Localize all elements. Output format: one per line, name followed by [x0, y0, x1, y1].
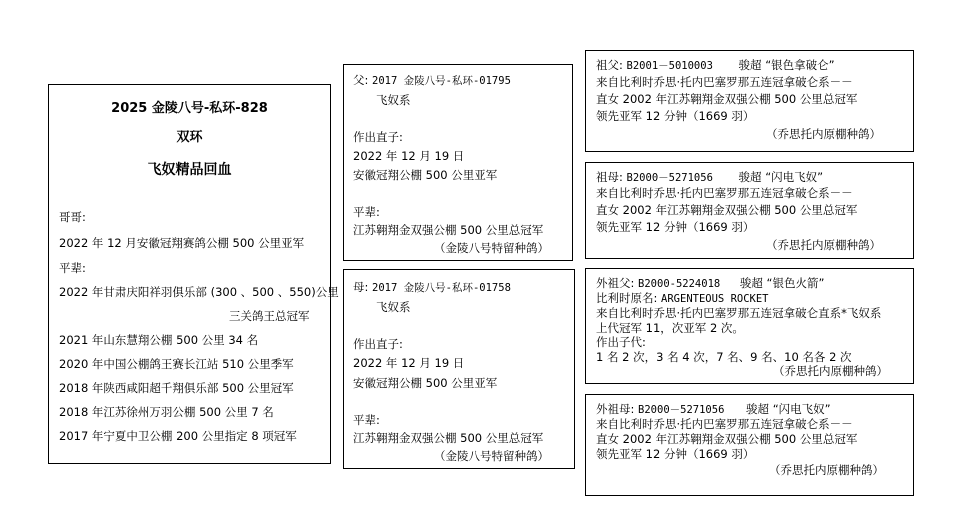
pgm-note: （乔思托内原棚种鸽） [766, 238, 881, 252]
mother-offspring-date: 2022 年 12 月 19 日 [353, 356, 464, 370]
sibling-achievement: 2021 年山东慧翔公棚 500 公里 34 名 [59, 333, 258, 347]
maternal-grandmother-card: 外祖母: B2000－5271056 骏超 “闪电飞奴” 来自比利时乔思·托内巴… [585, 394, 914, 496]
mother-strain: 飞奴系 [376, 300, 411, 314]
father-label: 父: [353, 73, 368, 87]
mgm-header: 外祖母: B2000－5271056 骏超 “闪电飞奴” [596, 402, 831, 417]
pgm-header: 祖母: B2000－5271056 骏超 “闪电飞奴” [596, 170, 823, 185]
pgm-label: 祖母: [596, 170, 623, 184]
father-siblings-result: 江苏翱翔金双强公棚 500 公里总冠军 [353, 223, 543, 237]
mother-siblings-result: 江苏翱翔金双强公棚 500 公里总冠军 [353, 431, 543, 445]
father-header: 父: 2017 金陵八号-私环-01795 [353, 73, 511, 88]
mgf-offspring-label: 作出子代: [596, 335, 646, 349]
father-siblings-label: 平辈: [353, 205, 380, 219]
mgf-ring: B2000-5224018 [638, 278, 720, 290]
father-strain: 飞奴系 [376, 93, 411, 107]
mgm-note: （乔思托内原棚种鸽） [769, 463, 884, 477]
mgf-name: 骏超 “银色火箭” [740, 276, 825, 290]
father-offspring-date: 2022 年 12 月 19 日 [353, 149, 464, 163]
main-title: 2025 金陵八号-私环-828 [49, 102, 330, 116]
mgm-label: 外祖母: [596, 402, 634, 416]
maternal-grandfather-card: 外祖父: B2000-5224018 骏超 “银色火箭” 比利时原名: ARGE… [585, 268, 914, 384]
mother-note: （金陵八号特留种鸽） [434, 449, 549, 463]
pgf-line1: 来自比利时乔思·托内巴塞罗那五连冠拿破仑系－－ [596, 75, 853, 89]
mother-offspring-result: 安徽冠翔公棚 500 公里亚军 [353, 376, 497, 390]
mother-card: 母: 2017 金陵八号-私环-01758 飞奴系 作出直子: 2022 年 1… [343, 269, 575, 469]
pgf-label: 祖父: [596, 58, 623, 72]
mgm-line3: 领先亚军 12 分钟（1669 羽） [596, 447, 754, 461]
sibling-achievement: 三关鸽王总冠军 [229, 309, 310, 323]
mgf-note: （乔思托内原棚种鸽） [773, 364, 888, 378]
mgm-ring: B2000－5271056 [638, 404, 724, 416]
brother-achievement: 2022 年 12 月安徽冠翔赛鸽公棚 500 公里亚军 [59, 236, 304, 250]
mother-ring: 2017 金陵八号-私环-01758 [372, 282, 511, 294]
pgf-name: 骏超 “银色拿破仑” [739, 58, 835, 72]
sibling-achievement: 2018 年陕西咸阳超千翔俱乐部 500 公里冠军 [59, 381, 294, 395]
mother-offspring-label: 作出直子: [353, 337, 403, 351]
main-ring-type: 双环 [49, 131, 330, 145]
father-card: 父: 2017 金陵八号-私环-01795 飞奴系 作出直子: 2022 年 1… [343, 64, 573, 261]
pgm-line2: 直女 2002 年江苏翱翔金双强公棚 500 公里总冠军 [596, 203, 857, 217]
pgf-line2: 直女 2002 年江苏翱翔金双强公棚 500 公里总冠军 [596, 92, 857, 106]
main-subtitle: 飞奴精品回血 [49, 163, 330, 177]
brother-label: 哥哥: [59, 210, 86, 224]
main-pigeon-card: 2025 金陵八号-私环-828 双环 飞奴精品回血 哥哥: 2022 年 12… [48, 84, 331, 464]
father-offspring-label: 作出直子: [353, 130, 403, 144]
mgf-line1: 来自比利时乔思·托内巴塞罗那五连冠拿破仑直系*飞奴系 [596, 306, 881, 320]
mgf-original-name: ARGENTEOUS ROCKET [661, 293, 768, 305]
pgf-header: 祖父: B2001－5010003 骏超 “银色拿破仑” [596, 58, 835, 73]
mother-label: 母: [353, 280, 368, 294]
mgf-original-name-row: 比利时原名: ARGENTEOUS ROCKET [596, 291, 769, 306]
sibling-achievement: 2017 年宁夏中卫公棚 200 公里指定 8 项冠军 [59, 429, 297, 443]
paternal-grandfather-card: 祖父: B2001－5010003 骏超 “银色拿破仑” 来自比利时乔思·托内巴… [585, 50, 914, 152]
mgf-line2: 上代冠军 11，次亚军 2 次。 [596, 321, 744, 335]
mgm-line1: 来自比利时乔思·托内巴塞罗那五连冠拿破仑系－－ [596, 417, 853, 431]
father-ring: 2017 金陵八号-私环-01795 [372, 75, 511, 87]
pgf-line3: 领先亚军 12 分钟（1669 羽） [596, 109, 754, 123]
mother-siblings-label: 平辈: [353, 413, 380, 427]
siblings-label: 平辈: [59, 261, 86, 275]
pgm-line3: 领先亚军 12 分钟（1669 羽） [596, 220, 754, 234]
father-offspring-result: 安徽冠翔公棚 500 公里亚军 [353, 168, 497, 182]
father-note: （金陵八号特留种鸽） [434, 241, 549, 255]
pgm-line1: 来自比利时乔思·托内巴塞罗那五连冠拿破仑系－－ [596, 186, 853, 200]
mgf-offspring-result: 1 名 2 次，3 名 4 次，7 名、9 名、10 名各 2 次 [596, 350, 852, 364]
mgm-name: 骏超 “闪电飞奴” [746, 402, 831, 416]
mother-header: 母: 2017 金陵八号-私环-01758 [353, 280, 511, 295]
mgm-line2: 直女 2002 年江苏翱翔金双强公棚 500 公里总冠军 [596, 432, 857, 446]
mgf-header: 外祖父: B2000-5224018 骏超 “银色火箭” [596, 276, 824, 291]
paternal-grandmother-card: 祖母: B2000－5271056 骏超 “闪电飞奴” 来自比利时乔思·托内巴塞… [585, 162, 914, 259]
sibling-achievement: 2022 年甘肃庆阳祥羽俱乐部 (300 、500 、550)公里 [59, 285, 339, 299]
pgf-ring: B2001－5010003 [627, 60, 713, 72]
mgf-label: 外祖父: [596, 276, 634, 290]
pgm-name: 骏超 “闪电飞奴” [739, 170, 824, 184]
mgf-original-name-label: 比利时原名: [596, 291, 657, 305]
pgm-ring: B2000－5271056 [627, 172, 713, 184]
pgf-note: （乔思托内原棚种鸽） [766, 127, 881, 141]
sibling-achievement: 2018 年江苏徐州万羽公棚 500 公里 7 名 [59, 405, 274, 419]
sibling-achievement: 2020 年中国公棚鸽王赛长江站 510 公里季军 [59, 357, 294, 371]
